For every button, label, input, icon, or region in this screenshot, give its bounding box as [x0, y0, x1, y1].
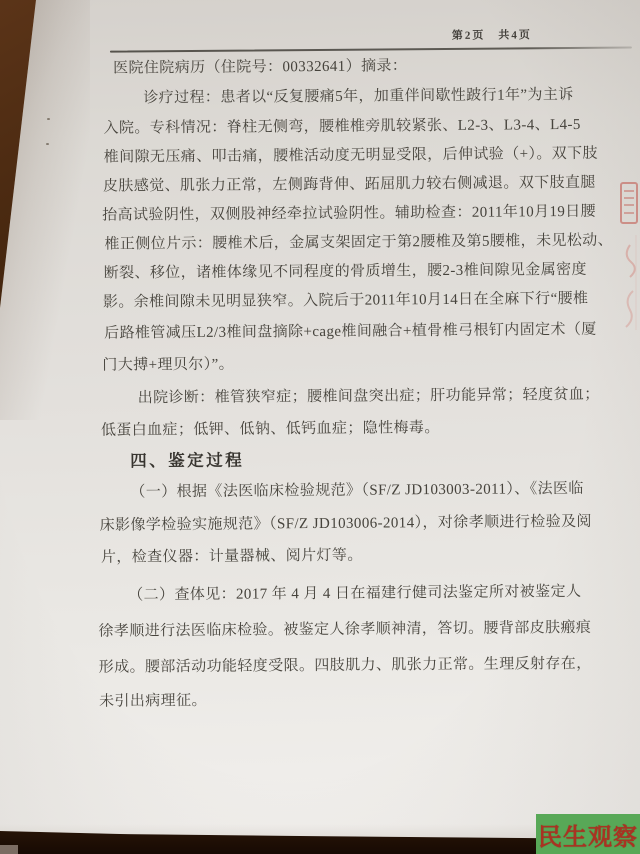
- document-line: （一）根据《法医临床检验规范》（SF/Z JD103003-2011）、《法医临: [130, 477, 584, 502]
- header-divider-line: [110, 47, 632, 53]
- document-line: 椎正侧位片示：腰椎术后，金属支架固定于第2腰椎及第5腰椎，未见松动、: [104, 229, 613, 254]
- document-line: 断裂、移位，诸椎体缘见不同程度的骨质增生，腰2-3椎间隙见金属密度: [104, 258, 587, 283]
- document-line: 片，检查仪器：计量器械、阅片灯等。: [101, 544, 363, 567]
- document-line: 入院。专科情况：脊柱无侧弯，腰椎椎旁肌较紧张、L2-3、L3-4、L4-5: [103, 113, 580, 138]
- document-line: 抬高试验阴性，双侧股神经牵拉试验阴性。辅助检查：2011年10月19日腰: [102, 200, 596, 225]
- document-line: 椎间隙无压痛、叩击痛，腰椎活动度无明显受限，后伸试验（+）。双下肢: [104, 142, 598, 167]
- watermark-badge: 民生观察: [536, 814, 640, 854]
- document-line: 影。余椎间隙未见明显狭窄。入院后于2011年10月14日在全麻下行“腰椎: [103, 287, 589, 312]
- paper-speck: [46, 143, 49, 145]
- document-line: 出院诊断：椎管狭窄症；腰椎间盘突出症；肝功能异常；轻度贫血；: [138, 383, 600, 408]
- document-line: 后路椎管减压L2/3椎间盘摘除+cage椎间融合+植骨椎弓根钉内固定术（厦: [104, 318, 597, 343]
- document-line: 医院住院病历（住院号：00332641）摘录：: [113, 54, 407, 77]
- page-number-indicator: 第2页 共4页: [452, 26, 532, 43]
- document-photo: 第2页 共4页 医院住院病历（住院号：00332641）摘录： 诊疗过程：患者以…: [0, 0, 640, 854]
- document-line: 床影像学检验实施规范》（SF/Z JD103006-2014），对徐孝顺进行检验…: [100, 510, 592, 535]
- desk-edge-highlight: [0, 845, 18, 854]
- document-line: 皮肤感觉、肌张力正常，左侧踇背伸、跖屈肌力较右侧减退。双下肢直腿: [103, 171, 596, 196]
- document-line: 形成。腰部活动功能轻度受限。四肢肌力、肌张力正常。生理反射存在，: [99, 652, 592, 677]
- document-line: 低蛋白血症；低钾、低钠、低钙血症；隐性梅毒。: [101, 416, 440, 440]
- document-line: （二）查体见：2017 年 4 月 4 日在福建行健司法鉴定所对被鉴定人: [128, 580, 581, 605]
- section-heading: 四、鉴定过程: [130, 447, 244, 472]
- page-content: 第2页 共4页 医院住院病历（住院号：00332641）摘录： 诊疗过程：患者以…: [0, 0, 640, 854]
- document-line: 徐孝顺进行法医临床检验。被鉴定人徐孝顺神清，答切。腰背部皮肤瘢痕: [98, 616, 591, 641]
- paper-speck: [47, 118, 50, 120]
- document-line: 未引出病理征。: [99, 689, 207, 711]
- paper-page: 第2页 共4页 医院住院病历（住院号：00332641）摘录： 诊疗过程：患者以…: [0, 0, 640, 854]
- red-ink-annotation: [602, 175, 640, 345]
- document-line: 门大搏+理贝尔）”。: [102, 353, 234, 375]
- document-line: 诊疗过程：患者以“反复腰痛5年，加重伴间歇性跛行1年”为主诉: [143, 83, 573, 107]
